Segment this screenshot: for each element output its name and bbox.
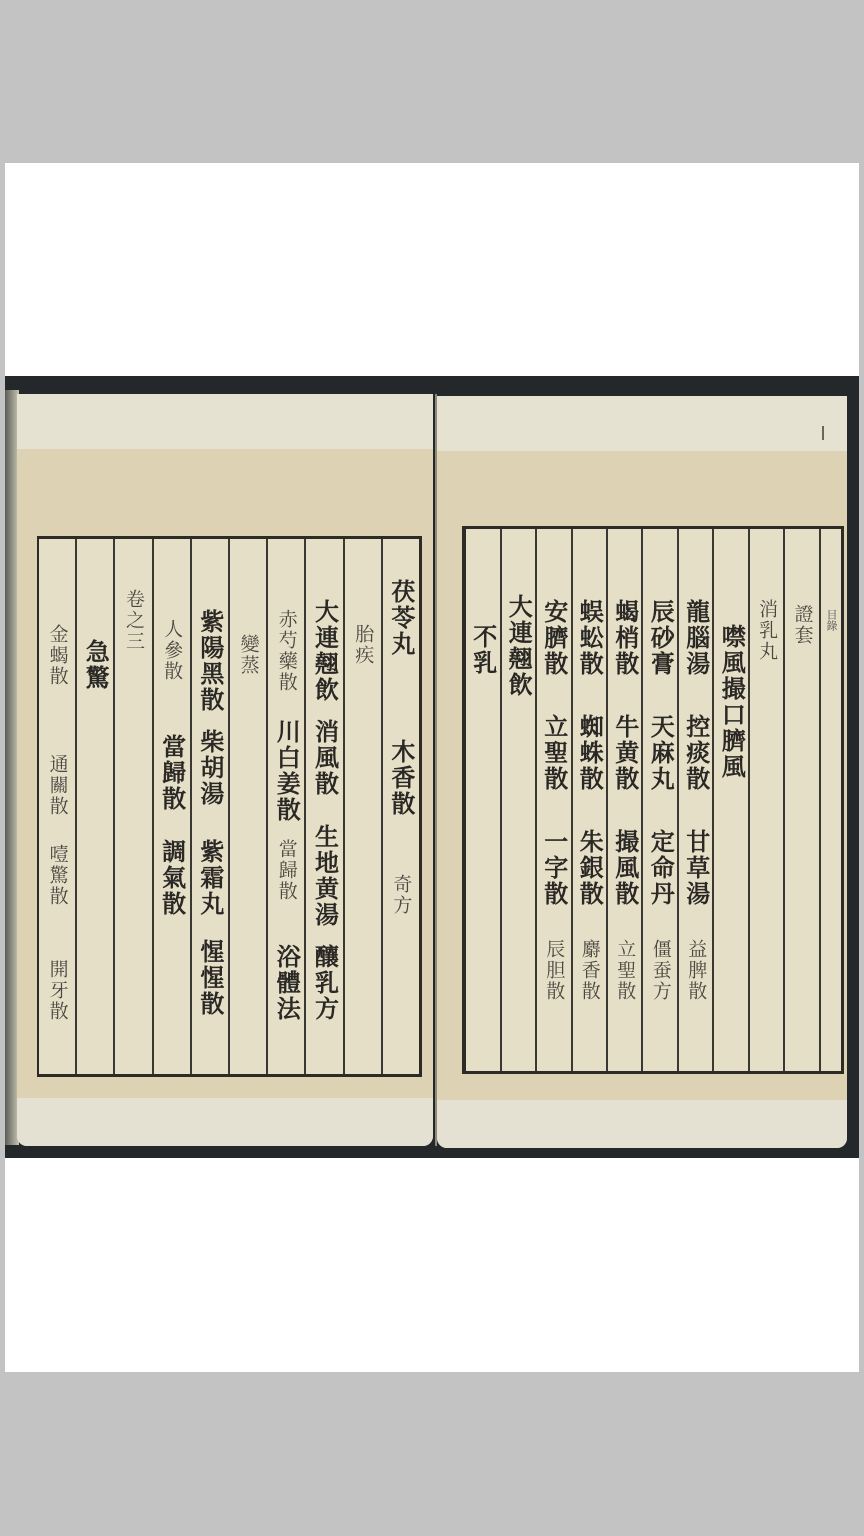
- column: 消乳丸: [748, 529, 783, 1071]
- entry: 立聖散: [542, 714, 566, 792]
- scanned-book-image[interactable]: 茯苓丸 木香散 奇方 胎疾 大連翹飲 消風散 生地黄湯 釀乳方 赤芍藥散 川白姜…: [5, 376, 859, 1158]
- entry: 紫陽黑散: [198, 609, 222, 713]
- entry: 控痰散: [684, 714, 708, 792]
- column: 變蒸: [228, 539, 266, 1074]
- entry: 當歸散: [160, 734, 184, 812]
- entry: 不乳: [471, 624, 495, 676]
- entry: 調氣散: [160, 839, 184, 917]
- column: 金蝎散 通關散 噎驚散 開牙散: [39, 539, 75, 1074]
- entry: 通關散: [48, 754, 67, 817]
- column: 蝎梢散 牛黄散 撮風散 立聖散: [606, 529, 641, 1071]
- column: 安臍散 立聖散 一字散 辰胆散: [535, 529, 570, 1071]
- column: 辰砂膏 天麻丸 定命丹 僵蚕方: [641, 529, 676, 1071]
- entry: 蜈蚣散: [577, 599, 601, 677]
- entry: 甘草湯: [684, 829, 708, 907]
- lower-margin: [17, 1098, 433, 1146]
- entry: 柴胡湯: [198, 729, 222, 807]
- entry: 胎疾: [353, 624, 372, 666]
- entry: 開牙散: [48, 959, 67, 1022]
- column: 蜈蚣散 蜘蛛散 朱銀散 麝香散: [571, 529, 606, 1071]
- entry: 變蒸: [239, 634, 258, 676]
- entry: 證套: [793, 604, 812, 646]
- entry: 定命丹: [648, 829, 672, 907]
- column: 急驚: [75, 539, 113, 1074]
- entry: 金蝎散: [48, 624, 67, 687]
- column: 大連翹飲: [500, 529, 535, 1071]
- entry: 生地黄湯: [312, 824, 336, 928]
- entry: 茯苓丸: [389, 579, 413, 657]
- entry: 僵蚕方: [651, 939, 670, 1002]
- entry: 牛黄散: [613, 714, 637, 792]
- entry: 龍腦湯: [684, 599, 708, 677]
- entry: 蜘蛛散: [577, 714, 601, 792]
- entry: 安臍散: [542, 599, 566, 677]
- entry: 噤風撮口臍風: [719, 624, 743, 780]
- entry: 撮風散: [613, 829, 637, 907]
- column: 人參散 當歸散 調氣散: [152, 539, 190, 1074]
- entry: 赤芍藥散: [277, 609, 296, 693]
- fold-label: 目錄: [823, 609, 839, 631]
- column: 卷之三: [113, 539, 151, 1074]
- text-frame-left: 茯苓丸 木香散 奇方 胎疾 大連翹飲 消風散 生地黄湯 釀乳方 赤芍藥散 川白姜…: [37, 536, 422, 1077]
- upper-margin: [17, 394, 433, 449]
- entry: 川白姜散: [274, 719, 298, 823]
- column: 不乳: [466, 529, 499, 1071]
- column: 茯苓丸 木香散 奇方: [381, 539, 419, 1074]
- column: 胎疾: [343, 539, 381, 1074]
- entry: 大連翹飲: [506, 594, 530, 698]
- entry: 卷之三: [124, 589, 143, 652]
- entry: 麝香散: [580, 939, 599, 1002]
- entry: 大連翹飲: [312, 599, 336, 703]
- entry: 一字散: [542, 829, 566, 907]
- entry: 消風散: [312, 719, 336, 797]
- entry: 蝎梢散: [613, 599, 637, 677]
- entry: 惺惺散: [198, 939, 222, 1017]
- entry: 急驚: [83, 639, 107, 691]
- text-frame-right: 目錄 證套 消乳丸 噤風撮口臍風 龍腦湯 控痰散 甘草湯 益脾散: [462, 526, 844, 1074]
- lower-margin: [437, 1100, 847, 1148]
- fold-column: 目錄: [819, 529, 841, 1071]
- entry: 辰砂膏: [648, 599, 672, 677]
- entry: 朱銀散: [577, 829, 601, 907]
- entry: 益脾散: [686, 939, 705, 1002]
- entry: 釀乳方: [312, 944, 336, 1022]
- upper-margin: [437, 396, 847, 451]
- right-page: 目錄 證套 消乳丸 噤風撮口臍風 龍腦湯 控痰散 甘草湯 益脾散: [437, 396, 847, 1148]
- column: 證套: [783, 529, 818, 1071]
- entry: 噎驚散: [48, 844, 67, 907]
- entry: 立聖散: [615, 939, 634, 1002]
- entry: 浴體法: [274, 944, 298, 1022]
- column: 赤芍藥散 川白姜散 當歸散 浴體法: [266, 539, 304, 1074]
- entry: 消乳丸: [757, 599, 776, 662]
- column: 噤風撮口臍風: [712, 529, 747, 1071]
- entry: 辰胆散: [544, 939, 563, 1002]
- entry: 奇方: [391, 874, 410, 916]
- margin-mark: [822, 426, 824, 440]
- column: 紫陽黑散 柴胡湯 紫霜丸 惺惺散: [190, 539, 228, 1074]
- column: 大連翹飲 消風散 生地黄湯 釀乳方: [304, 539, 342, 1074]
- entry: 天麻丸: [648, 714, 672, 792]
- left-page: 茯苓丸 木香散 奇方 胎疾 大連翹飲 消風散 生地黄湯 釀乳方 赤芍藥散 川白姜…: [17, 394, 433, 1146]
- entry: 紫霜丸: [198, 839, 222, 917]
- entry: 當歸散: [277, 839, 296, 902]
- entry: 木香散: [389, 739, 413, 817]
- column: 龍腦湯 控痰散 甘草湯 益脾散: [677, 529, 712, 1071]
- entry: 人參散: [162, 619, 181, 682]
